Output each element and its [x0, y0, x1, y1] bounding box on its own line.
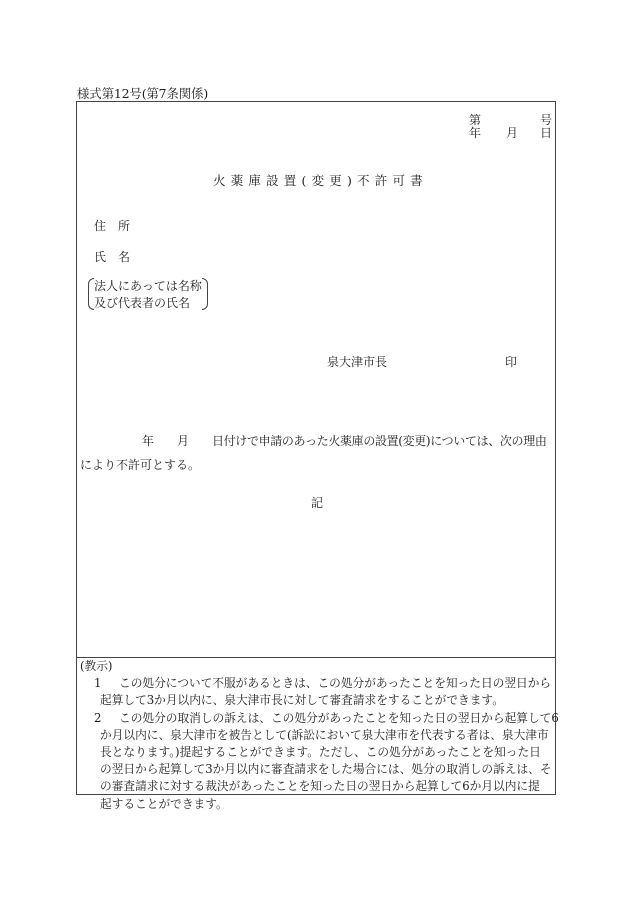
notice-item-line: 長となります。)提起することができます。ただし、この処分があったことを知った日	[99, 744, 552, 761]
date-year-label: 年	[469, 124, 481, 141]
notice-item-line: の審査請求に対する裁決があったことを知った日の翌日から起算して6か月以内に提	[99, 778, 552, 795]
corporate-note: 法人にあっては名称 及び代表者の氏名	[88, 278, 208, 312]
date-month-label: 月	[506, 124, 518, 141]
notice-item-line: この処分について不服があるときは、この処分があったことを知った日の翌日から	[99, 675, 552, 692]
notice-item-2: 2 この処分の取消しの訴えは、この処分があったことを知った日の翌日から起算して6…	[80, 710, 552, 813]
notice-item-line: か月以内に、泉大津市を被告として(訴訟において泉大津市を代表する者は、泉大津市	[99, 727, 552, 744]
right-bracket	[202, 278, 208, 310]
body-line2: により不許可とする。	[80, 456, 200, 473]
form-number-label: 様式第12号(第7条関係)	[77, 84, 208, 102]
document-title: 火薬庫設置(変更)不許可書	[213, 171, 428, 189]
address-label: 住 所	[94, 217, 130, 234]
seal-mark: 印	[505, 353, 517, 370]
notice-item-number: 1	[94, 675, 101, 692]
record-label: 記	[311, 494, 323, 511]
notice-item-line: この処分の取消しの訴えは、この処分があったことを知った日の翌日から起算して6	[99, 710, 552, 727]
notice-item-1: 1 この処分について不服があるときは、この処分があったことを知った日の翌日から …	[80, 675, 552, 709]
notice-item-line: 起することができます。	[99, 796, 552, 813]
body-line1: 日付けで申請のあった火薬庫の設置(変更)については、次の理由	[212, 432, 547, 449]
issuer-name: 泉大津市長	[327, 353, 387, 370]
date-day-label: 日	[540, 124, 552, 141]
body-year: 年	[142, 432, 154, 449]
notice-item-line: 起算して3か月以内に、泉大津市長に対して審査請求をすることができます。	[99, 692, 552, 709]
corporate-note-line2: 及び代表者の氏名	[94, 295, 202, 312]
corporate-note-line1: 法人にあっては名称	[94, 278, 202, 295]
notice-heading: (教示)	[80, 658, 552, 675]
notice-item-number: 2	[94, 710, 101, 727]
notice-item-line: の翌日から起算して3か月以内に審査請求をした場合には、処分の取消しの訴えは、そ	[99, 761, 552, 778]
notice-section: (教示) 1 この処分について不服があるときは、この処分があったことを知った日の…	[80, 658, 552, 813]
name-label: 氏 名	[94, 248, 130, 265]
body-month: 月	[177, 432, 189, 449]
